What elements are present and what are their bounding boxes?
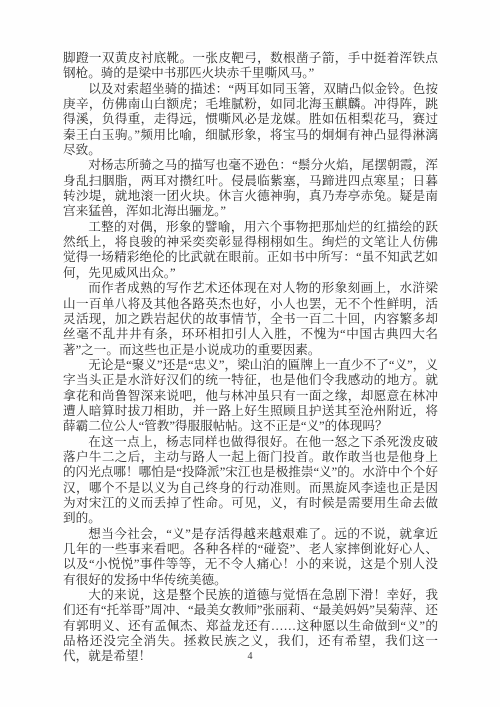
paragraph: 对杨志所骑之马的描写也毫不逊色：“鬃分火焰，尾摆朝霞，浑身乱扫胭脂，两耳对攒红叶… (63, 158, 438, 219)
paragraph: 而作者成熟的写作艺术还体现在对人物的形象刻画上，水浒梁山一百单八将及其他各路英杰… (63, 281, 438, 358)
paragraph: 想当今社会，“义”是存活得越来越艰难了。远的不说，就拿近几年的一些事来看吧。各种… (63, 527, 438, 588)
body-text: 脚蹬一双黄皮衬底靴。一张皮靶弓，数根凿子箭，手中挺着浑铁点钢枪。骑的是梁中书那匹… (63, 51, 438, 665)
page-number: 4 (0, 651, 500, 662)
paragraph: 无论是“聚义”还是“忠义”，梁山泊的匾牌上一直少不了“义”，义字当头正是水浒好汉… (63, 358, 438, 435)
document-page: 脚蹬一双黄皮衬底靴。一张皮靶弓，数根凿子箭，手中挺着浑铁点钢枪。骑的是梁中书那匹… (0, 0, 500, 707)
paragraph: 在这一点上，杨志同样也做得很好。在他一怒之下杀死泼皮破落户牛二之后，主动与路人一… (63, 435, 438, 527)
paragraph: 工整的对偶，形象的譬喻，用六个事物把那灿烂的红描绘的跃然纸上，将良骏的神采奕奕彰… (63, 220, 438, 281)
paragraph: 以及对索超坐骑的描述：“两耳如同玉箸，双睛凸似金铃。色按庚辛，仿佛南山白额虎；毛… (63, 82, 438, 159)
paragraph: 脚蹬一双黄皮衬底靴。一张皮靶弓，数根凿子箭，手中挺着浑铁点钢枪。骑的是梁中书那匹… (63, 51, 438, 82)
